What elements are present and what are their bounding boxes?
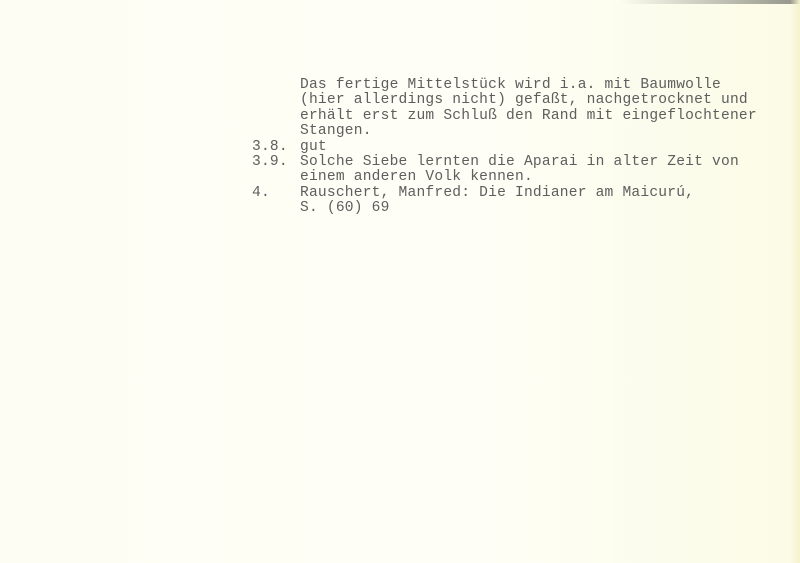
text-line: erhält erst zum Schluß den Rand mit eing… [252,109,757,124]
text-line: (hier allerdings nicht) gefaßt, nachgetr… [252,93,757,108]
entry-text: gut [300,140,327,155]
entry-number: 3.9. [252,155,300,170]
card-right-edge [790,0,800,563]
typewritten-text: Das fertige Mittelstück wird i.a. mit Ba… [252,78,757,217]
entry-text: Solche Siebe lernten die Aparai in alter… [300,155,739,170]
entry-text: Rauschert, Manfred: Die Indianer am Maic… [300,186,694,201]
entry-text: erhält erst zum Schluß den Rand mit eing… [300,109,757,124]
text-line: Stangen. [252,124,757,139]
entry-text: einem anderen Volk kennen. [300,170,533,185]
entry-number [252,78,300,93]
entry-text: (hier allerdings nicht) gefaßt, nachgetr… [300,93,748,108]
entry-text: Das fertige Mittelstück wird i.a. mit Ba… [300,78,721,93]
index-card: Das fertige Mittelstück wird i.a. mit Ba… [0,0,800,563]
card-top-edge-shadow [620,0,800,4]
text-line: Das fertige Mittelstück wird i.a. mit Ba… [252,78,757,93]
entry-3-8: 3.8. gut [252,140,757,155]
text-line: S. (60) 69 [252,201,757,216]
entry-3-9: 3.9. Solche Siebe lernten die Aparai in … [252,155,757,170]
entry-4: 4. Rauschert, Manfred: Die Indianer am M… [252,186,757,201]
text-line: einem anderen Volk kennen. [252,170,757,185]
entry-text: Stangen. [300,124,372,139]
entry-number: 4. [252,186,300,201]
entry-text: S. (60) 69 [300,201,390,216]
entry-number: 3.8. [252,140,300,155]
